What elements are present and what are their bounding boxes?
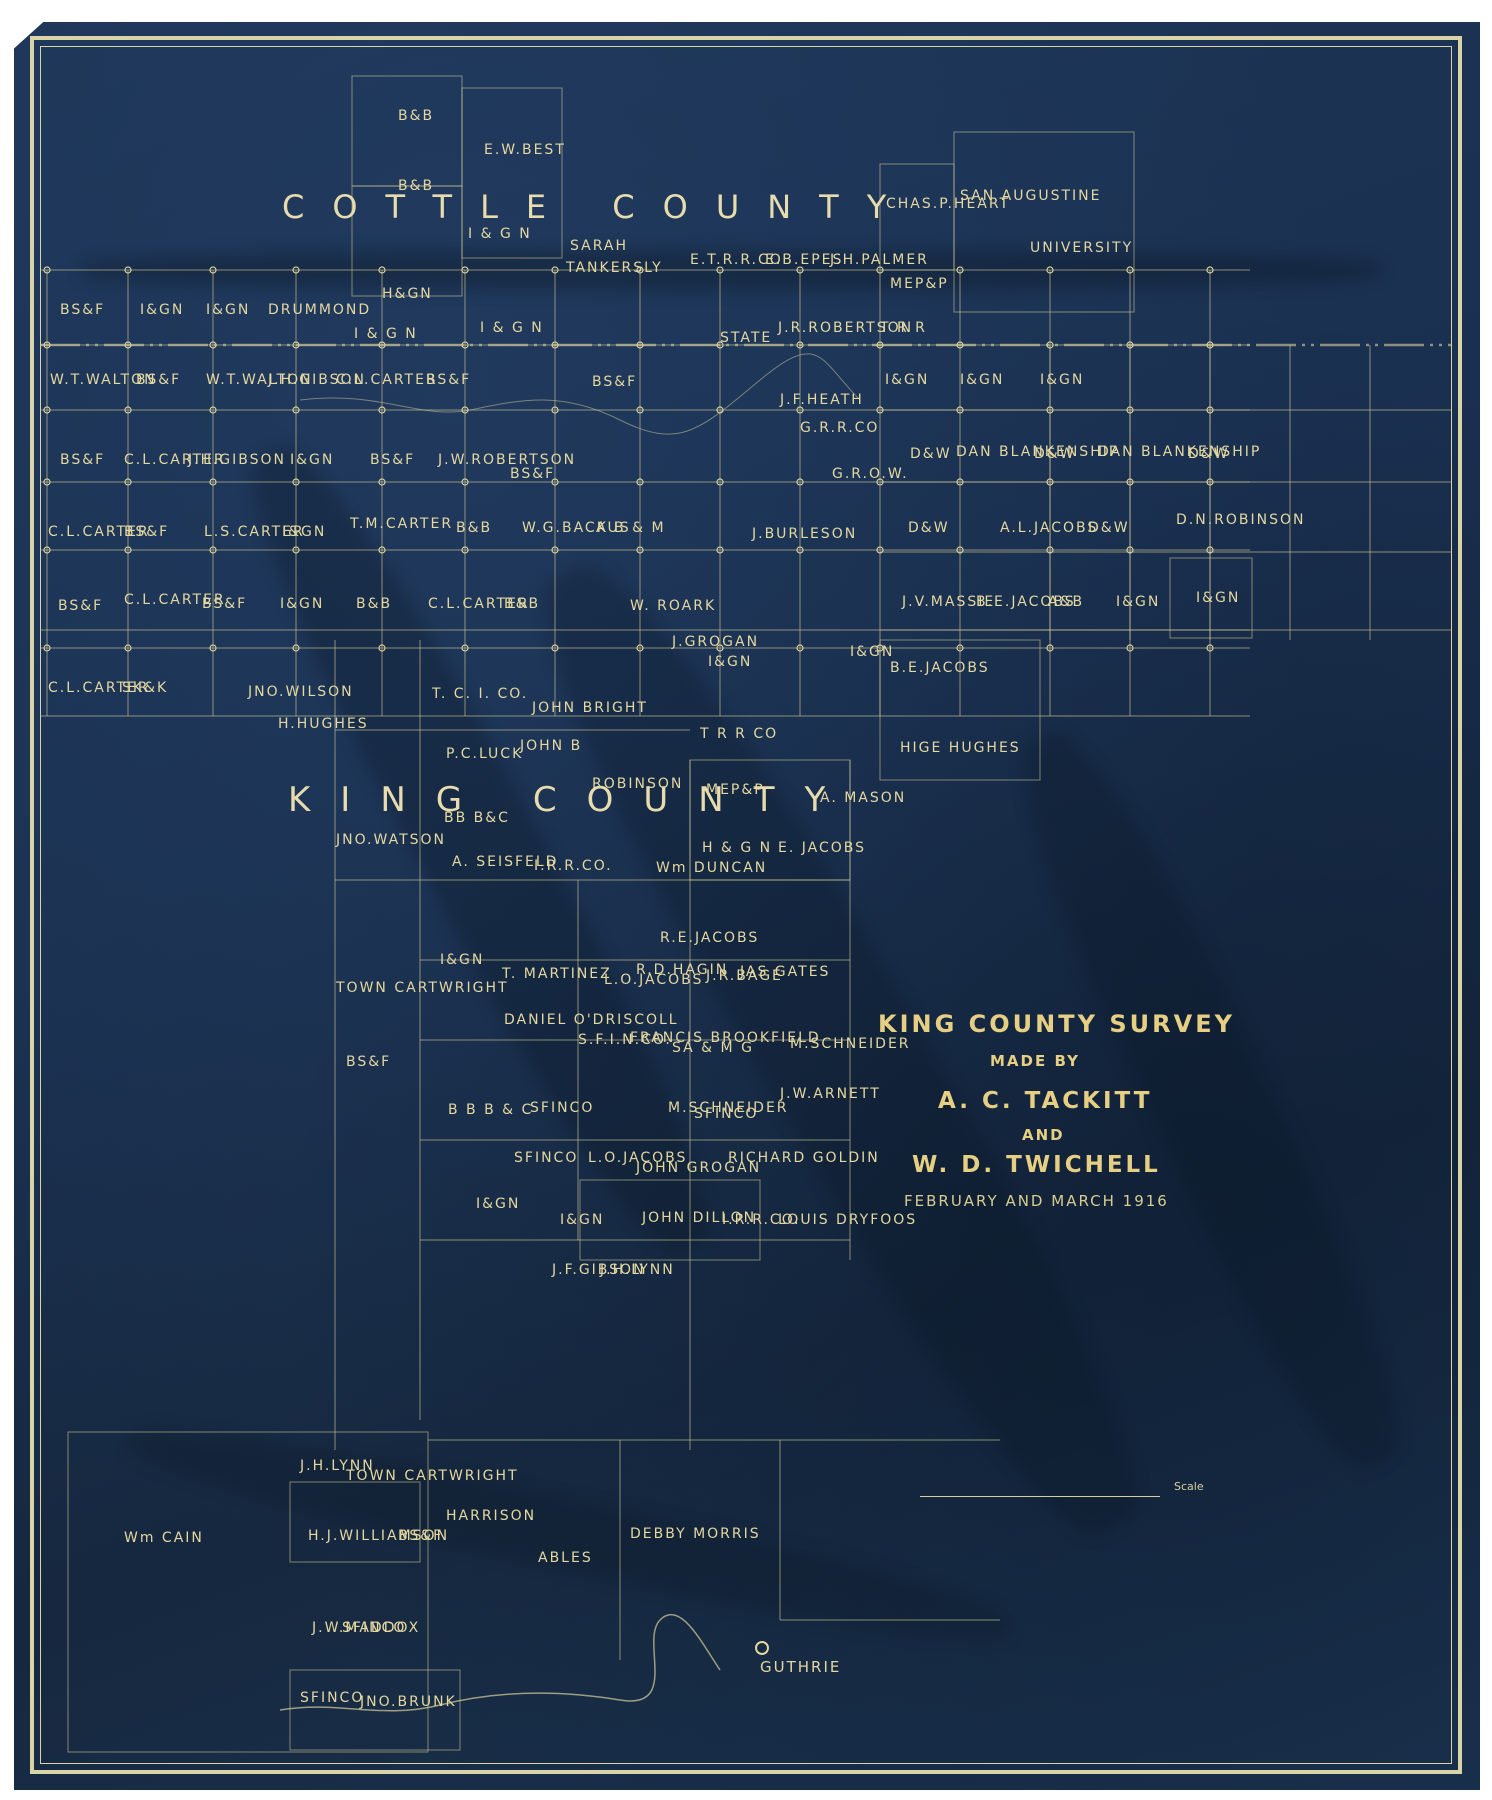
tract-owner-label: J.BURLESON	[752, 526, 857, 542]
tract-owner-label: B&B	[456, 520, 492, 536]
tract-owner-label: STATE	[720, 330, 772, 346]
tract-owner-label: I&GN	[1196, 590, 1240, 606]
tract-owner-label: B B B & C	[448, 1102, 533, 1118]
tract-owner-label: A. MASON	[820, 790, 906, 806]
tract-owner-label: I&GN	[206, 302, 250, 318]
tract-owner-label: MEP&P	[706, 782, 765, 798]
tract-owner-label: BS&F	[60, 302, 105, 318]
tract-owner-label: SFINCO	[300, 1690, 364, 1706]
tract-owner-label: T. MARTINEZ	[502, 966, 612, 982]
tract-owner-label: G.R.R.CO	[800, 420, 879, 436]
tract-owner-label: I&GN	[1116, 594, 1160, 610]
tract-owner-label: C.L.CARTER	[336, 372, 438, 388]
tract-owner-label: B&B	[504, 596, 540, 612]
tract-owner-label: E. JACOBS	[778, 840, 866, 856]
tract-owner-label: B&B	[356, 596, 392, 612]
scale-label: Scale	[1174, 1480, 1204, 1493]
tract-owner-label: T.M.CARTER	[350, 516, 453, 532]
tract-owner-label: Wm CAIN	[124, 1530, 204, 1546]
tract-owner-label: SARAH	[570, 238, 628, 254]
tract-owner-label: R.E.JACOBS	[660, 930, 759, 946]
tract-owner-label: DAN BLANKENSHIP	[1098, 444, 1261, 460]
tract-owner-label: H.HUGHES	[278, 716, 369, 732]
tract-owner-label: W. ROARK	[630, 598, 716, 614]
tract-owner-label: H&GN	[382, 286, 433, 302]
tract-owner-label: T. C. I. CO.	[432, 686, 528, 702]
tract-owner-label: BS&F	[398, 1528, 443, 1544]
tract-owner-label: JAS GATES	[740, 964, 830, 980]
tract-owner-label: D&W	[910, 446, 952, 462]
tract-owner-label: I&GN	[290, 452, 334, 468]
tract-owner-label: I & G N	[480, 320, 544, 336]
tract-owner-label: ABLES	[538, 1550, 593, 1566]
tract-owner-label: I&GN	[960, 372, 1004, 388]
tract-owner-label: I&GN	[708, 654, 752, 670]
scale-bar	[920, 1496, 1160, 1507]
tract-owner-label: H & G N	[702, 840, 772, 856]
tract-owner-label: E.W.BEST	[484, 142, 566, 158]
tract-owner-label: I&GN	[140, 302, 184, 318]
tract-owner-label: SAN AUGUSTINE	[960, 188, 1101, 204]
tract-owner-label: DANIEL O'DRISCOLL	[504, 1012, 679, 1028]
tract-owner-label: I&GN	[282, 524, 326, 540]
tract-owner-label: I & G N	[468, 226, 532, 242]
tract-owner-label: ROBINSON	[592, 776, 683, 792]
tract-owner-label: BS&F	[58, 598, 103, 614]
tract-owner-label: TOWN CARTWRIGHT	[336, 980, 509, 996]
tract-owner-label: I&GN	[280, 596, 324, 612]
tract-owner-label: JNO.WILSON	[248, 684, 354, 700]
tract-owner-label: B.E.JACOBS	[890, 660, 990, 676]
tract-owner-label: I&GN	[440, 952, 484, 968]
survey-date: FEBRUARY AND MARCH 1916	[904, 1192, 1169, 1210]
tract-owner-label: SA & M G	[672, 1040, 754, 1056]
surveyor-twichell: W. D. TWICHELL	[912, 1152, 1161, 1178]
tract-owner-label: A&B	[1048, 594, 1084, 610]
tract-owner-label: BS&F	[592, 374, 637, 390]
tract-owner-label: J.GROGAN	[672, 634, 759, 650]
county-label-king: KING COUNTY	[288, 780, 855, 820]
tract-owner-label: D&W	[1088, 520, 1130, 536]
town-marker-icon	[755, 1641, 769, 1655]
made-by-label: MADE BY	[990, 1052, 1080, 1070]
tract-owner-label: D&W	[908, 520, 950, 536]
tract-owner-label: P.C.LUCK	[446, 746, 523, 762]
tract-owner-label: MEP&P	[890, 276, 949, 292]
tract-owner-label: I&GN	[850, 644, 894, 660]
tract-owner-label: I.R.R.CO.	[534, 858, 613, 874]
tract-owner-label: I&GN	[1040, 372, 1084, 388]
tract-owner-label: BS&F	[60, 452, 105, 468]
surveyor-tackitt: A. C. TACKITT	[938, 1088, 1152, 1114]
tract-owner-label: TANKERSLY	[566, 260, 663, 276]
tract-owner-label: BS&F	[370, 452, 415, 468]
tract-owner-label: BS&F	[124, 524, 169, 540]
tract-owner-label: SFINCO	[694, 1106, 758, 1122]
tract-owner-label: HARRISON	[446, 1508, 536, 1524]
tract-owner-label: HIGE HUGHES	[900, 740, 1021, 756]
tract-owner-label: RICHARD GOLDIN	[728, 1150, 880, 1166]
tract-owner-label: TOWN CARTWRIGHT	[346, 1468, 519, 1484]
tract-owner-label: G.R.O.W.	[832, 466, 909, 482]
tract-owner-label: J.H.GIBSON	[188, 452, 286, 468]
tract-owner-label: A.L.JACOBS	[1000, 520, 1098, 536]
and-label: AND	[1022, 1126, 1065, 1144]
county-label-cottle: COTTLE COUNTY	[282, 188, 914, 226]
tract-owner-label: SFINCO	[342, 1620, 406, 1636]
tract-owner-label: BS&F	[202, 596, 247, 612]
tract-owner-label: DRUMMOND	[268, 302, 371, 318]
tract-owner-label: BB B&C	[444, 810, 510, 826]
tract-owner-label: D&W	[1188, 446, 1230, 462]
tract-owner-label: B&B	[398, 108, 434, 124]
tract-owner-label: D.N.ROBINSON	[1176, 512, 1306, 528]
tract-owner-label: D&W	[1034, 446, 1076, 462]
tract-owner-label: JNO.WATSON	[336, 832, 446, 848]
tract-owner-label: J.H.PALMER	[830, 252, 929, 268]
tract-owner-label: BS&F	[346, 1054, 391, 1070]
tract-owner-label: JNO.BRUNK	[360, 1694, 457, 1710]
tract-owner-label: I&GN	[560, 1212, 604, 1228]
tract-owner-label: JOHN B	[520, 738, 582, 754]
tract-owner-label: J.W.ROBERTSON	[438, 452, 576, 468]
tract-owner-label: T R R CO	[700, 726, 778, 742]
tract-owner-label: Wm DUNCAN	[656, 860, 767, 876]
tract-owner-label: BS&F	[426, 372, 471, 388]
tract-owner-label: A B & M	[596, 520, 666, 536]
tract-owner-label: JOHN BRIGHT	[532, 700, 648, 716]
tract-owner-label: BS&F	[136, 372, 181, 388]
tract-owner-label: I&GN	[885, 372, 929, 388]
tract-owner-label: SK&K	[122, 680, 168, 696]
tract-owner-label: J.F.HEATH	[780, 392, 864, 408]
town-label-guthrie: GUTHRIE	[760, 1658, 841, 1676]
tract-owner-label: DEBBY MORRIS	[630, 1526, 761, 1542]
tract-owner-label: LOUIS DRYFOOS	[778, 1212, 917, 1228]
tract-owner-label: T R R	[880, 320, 927, 336]
tract-owner-label: I & G N	[354, 326, 418, 342]
tract-owner-label: J.W.ARNETT	[780, 1086, 881, 1102]
tract-owner-label: UNIVERSITY	[1030, 240, 1133, 256]
tract-owner-label: M.SCHNEIDER	[790, 1036, 911, 1052]
tract-owner-label: B&B	[398, 178, 434, 194]
tract-owner-label: I&GN	[476, 1196, 520, 1212]
survey-title: KING COUNTY SURVEY	[878, 1010, 1235, 1038]
tract-owner-label: SFINCO	[530, 1100, 594, 1116]
tract-owner-label: SFINCO	[514, 1150, 578, 1166]
tract-owner-label: J.H.LYNN	[600, 1262, 675, 1278]
tract-owner-label: BS&F	[510, 466, 555, 482]
